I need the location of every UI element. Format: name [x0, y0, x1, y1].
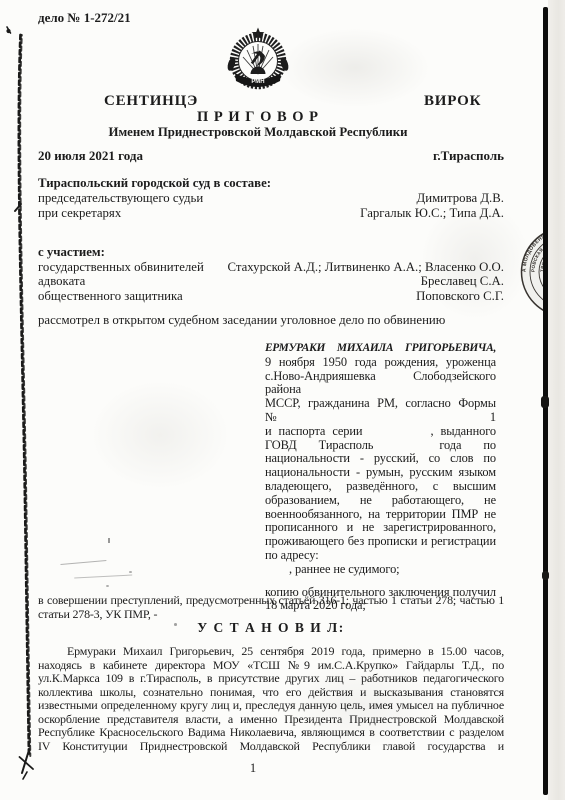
row-label: председательствующего судьи [38, 191, 203, 206]
participants-heading: с участием: [38, 245, 504, 260]
text-line: Республике Красносельского Вадима Никола… [38, 726, 504, 740]
row-label: адвоката [38, 274, 85, 289]
text-line: национальности - румын, русским языком [265, 466, 496, 480]
document-city: г.Тирасполь [433, 148, 504, 164]
row-value: Димитрова Д.В. [417, 191, 505, 206]
text-line: с.Ново-Андрияшевка Слободзейского района [265, 370, 496, 398]
text-line: находясь в кабинете директора МОУ «ТСШ №… [38, 659, 504, 673]
text-line: Ермураки Михаил Григорьевич, 25 сентября… [38, 645, 504, 659]
text-segment: ГОВД Тирасполь [265, 438, 373, 452]
text-line: национальности - русский, со слов по [265, 452, 496, 466]
text-line: IV Конституции Приднестровской Молдавско… [38, 740, 504, 754]
court-rows: председательствующего судьиДимитрова Д.В… [38, 191, 504, 221]
scan-edge-smudge [542, 571, 549, 580]
title-moldovan: СЕНТИНЦЭ [104, 93, 198, 110]
text-segment: и паспорта серии [265, 424, 362, 438]
row-value: Стахурской А.Д.; Литвиненко А.А.; Власен… [227, 260, 504, 275]
emblem-banner-text: РМН [251, 79, 264, 85]
label-value-row: при секретаряхГаргалык Ю.С.; Типа Д.А. [38, 206, 504, 221]
row-label: государственных обвинителей [38, 260, 204, 275]
document-title: П Р И Г О В О Р [38, 109, 478, 126]
facts-paragraph: Ермураки Михаил Григорьевич, 25 сентября… [38, 645, 504, 753]
text-line: владеющего, разведённого, с высшим [265, 480, 496, 494]
scanned-court-document: А МОЛДОВЕНЯСКЭ НИСТ РОВСКАЯ МОЛДАВСК ТРО… [0, 0, 565, 800]
text-line: проживающего без прописки и регистрации [265, 535, 496, 549]
case-number: дело № 1-272/21 [38, 10, 131, 26]
text-line: по адресу: [265, 549, 496, 563]
label-value-row: председательствующего судьиДимитрова Д.В… [38, 191, 504, 206]
label-value-row: адвокатаБреславец С.А. [38, 274, 504, 289]
dateline: 20 июля 2021 года г.Тирасполь [38, 148, 504, 164]
participants: с участием: государственных обвинителейС… [38, 245, 504, 303]
text-line: образованием, не работающего, не [265, 494, 496, 508]
text-line: ул.К.Маркса 109 в г.Тирасполь, в присутс… [38, 672, 504, 686]
scan-edge-strip [548, 0, 565, 800]
court-composition: Тираспольский городской суд в составе: п… [38, 176, 504, 222]
court-stamp-graphic: А МОЛДОВЕНЯСКЭ НИСТ РОВСКАЯ МОЛДАВСК ТРО… [518, 225, 545, 321]
label-value-row: государственных обвинителейСтахурской А.… [38, 260, 504, 275]
text-line: МССР, гражданина РМ, согласно Формы №1 [265, 397, 496, 425]
text-segment: , выданного [430, 424, 496, 438]
row-value: Бреславец С.А. [421, 274, 504, 289]
text-line: ЕРМУРАКИ МИХАИЛА ГРИГОРЬЕВИЧА, [265, 342, 496, 356]
row-value: Гаргалык Ю.С.; Типа Д.А. [360, 206, 504, 221]
text-line: прописанного и не зарегистрированного, [265, 521, 496, 535]
scan-edge-smudge [541, 396, 549, 408]
row-label: при секретарях [38, 206, 121, 221]
row-label: общественного защитника [38, 289, 183, 304]
text-segment: года по [439, 438, 496, 452]
text-line: коллектива школы, сознательно понимая, ч… [38, 686, 504, 700]
text-line: 9 ноября 1950 года рождения, уроженца [265, 356, 496, 370]
resolution-heading: У С Т А Н О В И Л: [38, 620, 504, 636]
document-body: дело № 1-272/21 РМН СЕНТИНЦЭ ВИРОК П Р И… [38, 8, 504, 798]
text-line: известными определенному кругу лиц и, пр… [38, 699, 504, 713]
text-line: и паспорта серии, выданного [265, 425, 496, 439]
label-value-row: общественного защитникаПоповского С.Г. [38, 289, 504, 304]
document-subtitle: Именем Приднестровской Молдавской Респуб… [38, 125, 478, 140]
text-line: в совершении преступлений, предусмотренн… [38, 593, 504, 607]
court-heading: Тираспольский городской суд в составе: [38, 176, 504, 191]
text-line: , раннее не судимого; [265, 563, 496, 577]
text-line: оскорбление представителя власти, а имен… [38, 713, 504, 727]
text-line: ГОВД Тираспольгода по [265, 439, 496, 453]
page-number: 1 [38, 761, 468, 776]
row-value: Поповского С.Г. [416, 289, 504, 304]
court-stamp: А МОЛДОВЕНЯСКЭ НИСТ РОВСКАЯ МОЛДАВСК ТРО… [518, 225, 545, 321]
charges-paragraph: в совершении преступлений, предусмотренн… [38, 593, 504, 622]
text-line: военнообязанного, на территории ПМР не [265, 508, 496, 522]
document-date: 20 июля 2021 года [38, 148, 143, 164]
pmr-emblem-icon: РМН [222, 27, 294, 91]
participants-rows: государственных обвинителейСтахурской А.… [38, 260, 504, 304]
defendant-block: ЕРМУРАКИ МИХАИЛА ГРИГОРЬЕВИЧА,9 ноября 1… [265, 342, 496, 613]
title-ukrainian: ВИРОК [424, 93, 481, 110]
case-intro: рассмотрел в открытом судебном заседании… [38, 313, 445, 328]
